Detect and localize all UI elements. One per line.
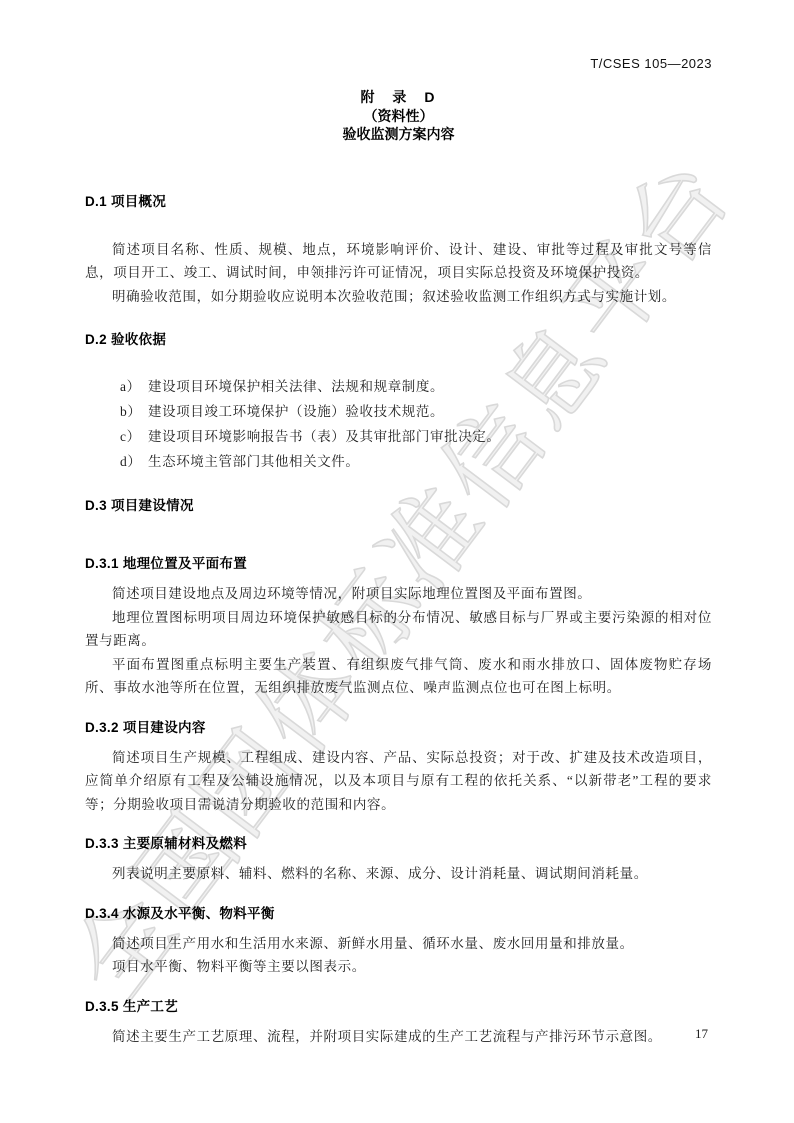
standard-number: T/CSES 105—2023 — [85, 56, 712, 71]
list-item-label: c） — [85, 424, 148, 449]
paragraph: 地理位置图标明项目周边环境保护敏感目标的分布情况、敏感目标与厂界或主要污染源的相… — [85, 606, 712, 653]
appendix-title: 附 录 D — [85, 88, 712, 107]
section-heading-d3-1: D.3.1 地理位置及平面布置 — [85, 552, 712, 572]
page-content: T/CSES 105—2023 附 录 D （资料性） 验收监测方案内容 D.1… — [85, 56, 712, 1048]
appendix-title-block: 附 录 D （资料性） 验收监测方案内容 — [85, 88, 712, 144]
section-heading-d3-3: D.3.3 主要原辅材料及燃料 — [85, 832, 712, 852]
list-item-label: a） — [85, 374, 148, 399]
paragraph: 项目水平衡、物料平衡等主要以图表示。 — [85, 955, 712, 979]
section-d3: D.3 项目建设情况 — [85, 494, 712, 514]
list-item-text: 建设项目环境影响报告书（表）及其审批部门审批决定。 — [148, 424, 712, 449]
section-d2: D.2 验收依据 a） 建设项目环境保护相关法律、法规和规章制度。 b） 建设项… — [85, 328, 712, 474]
paragraph: 简述主要生产工艺原理、流程，并附项目实际建成的生产工艺流程与产排污环节示意图。 — [85, 1025, 712, 1049]
list-item-label: b） — [85, 399, 148, 424]
list-item-text: 建设项目环境保护相关法律、法规和规章制度。 — [148, 374, 712, 399]
list-item: b） 建设项目竣工环境保护（设施）验收技术规范。 — [85, 399, 712, 424]
list-item: c） 建设项目环境影响报告书（表）及其审批部门审批决定。 — [85, 424, 712, 449]
paragraph: 简述项目名称、性质、规模、地点，环境影响评价、设计、建设、审批等过程及审批文号等… — [85, 238, 712, 285]
list-item: d） 生态环境主管部门其他相关文件。 — [85, 449, 712, 474]
section-d3-1: D.3.1 地理位置及平面布置 简述项目建设地点及周边环境等情况，附项目实际地理… — [85, 552, 712, 700]
reference-list: a） 建设项目环境保护相关法律、法规和规章制度。 b） 建设项目竣工环境保护（设… — [85, 374, 712, 474]
paragraph: 简述项目生产规模、工程组成、建设内容、产品、实际总投资；对于改、扩建及技术改造项… — [85, 746, 712, 817]
section-heading-d1: D.1 项目概况 — [85, 190, 712, 210]
appendix-subject: 验收监测方案内容 — [85, 125, 712, 144]
paragraph: 简述项目建设地点及周边环境等情况，附项目实际地理位置图及平面布置图。 — [85, 582, 712, 606]
section-heading-d2: D.2 验收依据 — [85, 328, 712, 348]
paragraph: 平面布置图重点标明主要生产装置、有组织废气排气筒、废水和雨水排放口、固体废物贮存… — [85, 653, 712, 700]
section-heading-d3-4: D.3.4 水源及水平衡、物料平衡 — [85, 902, 712, 922]
section-heading-d3-5: D.3.5 生产工艺 — [85, 995, 712, 1015]
list-item-text: 生态环境主管部门其他相关文件。 — [148, 449, 712, 474]
section-d3-5: D.3.5 生产工艺 简述主要生产工艺原理、流程，并附项目实际建成的生产工艺流程… — [85, 995, 712, 1049]
section-heading-d3-2: D.3.2 项目建设内容 — [85, 716, 712, 736]
list-item-text: 建设项目竣工环境保护（设施）验收技术规范。 — [148, 399, 712, 424]
appendix-normative-label: （资料性） — [85, 107, 712, 126]
paragraph: 简述项目生产用水和生活用水来源、新鲜水用量、循环水量、废水回用量和排放量。 — [85, 932, 712, 956]
section-heading-d3: D.3 项目建设情况 — [85, 494, 712, 514]
section-d3-2: D.3.2 项目建设内容 简述项目生产规模、工程组成、建设内容、产品、实际总投资… — [85, 716, 712, 817]
paragraph: 列表说明主要原料、辅料、燃料的名称、来源、成分、设计消耗量、调试期间消耗量。 — [85, 862, 712, 886]
page-number: 17 — [695, 1026, 708, 1042]
section-d3-3: D.3.3 主要原辅材料及燃料 列表说明主要原料、辅料、燃料的名称、来源、成分、… — [85, 832, 712, 886]
section-d1: D.1 项目概况 简述项目名称、性质、规模、地点，环境影响评价、设计、建设、审批… — [85, 190, 712, 309]
list-item-label: d） — [85, 449, 148, 474]
paragraph: 明确验收范围，如分期验收应说明本次验收范围；叙述验收监测工作组织方式与实施计划。 — [85, 285, 712, 309]
section-d3-4: D.3.4 水源及水平衡、物料平衡 简述项目生产用水和生活用水来源、新鲜水用量、… — [85, 902, 712, 979]
document-page: 全国团体标准信息平台 T/CSES 105—2023 附 录 D （资料性） 验… — [0, 0, 794, 1123]
list-item: a） 建设项目环境保护相关法律、法规和规章制度。 — [85, 374, 712, 399]
